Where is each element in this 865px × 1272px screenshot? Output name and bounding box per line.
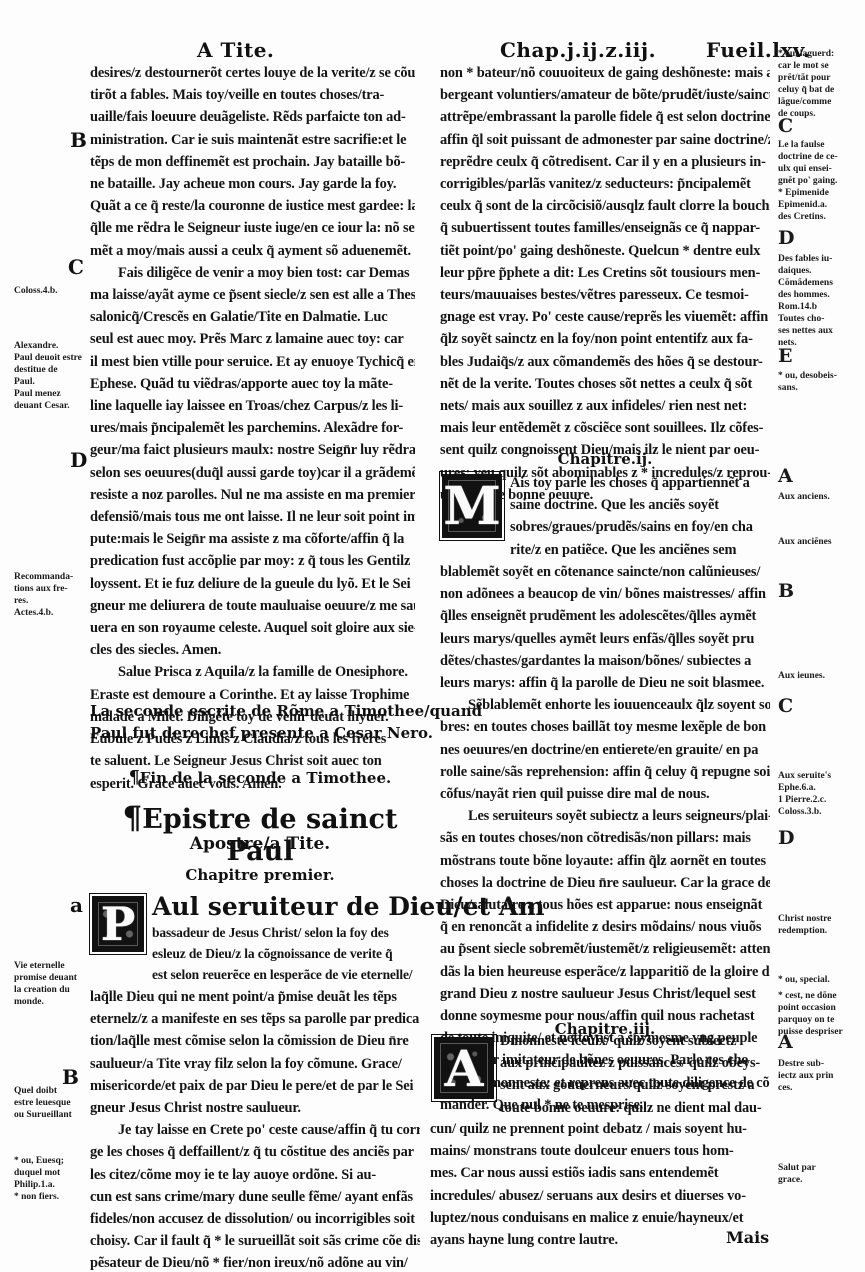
margin-note: promise deuant [14,972,77,985]
margin-note: Aux anciẽnes [778,536,832,549]
text-line: Sẽblablemẽt enhorte les iouuenceaulx q̃l… [440,694,770,716]
text-line: dãs la bien heureuse esperãce/z lapparit… [440,961,770,983]
text-line: leurs marys/quelles aymẽt leurs enfãs/q̃… [440,628,770,650]
text-line: cles des siecles. Amen. [90,639,415,661]
margin-note: prẽt/tãt pour [778,72,831,85]
margin-note: celuy q̃ bat de [778,84,834,97]
margin-note: duquel mot [14,1167,60,1180]
text-line: geur/ma faict plusieurs maulx: nostre Se… [90,439,415,461]
text-line: choses la doctrine de Dieu n̄re saulueur… [440,872,770,894]
margin-note: doctrine de ce- [778,151,838,164]
initial-glyph: A [445,1039,484,1098]
margin-note: * Epimenide [778,187,829,200]
chapter3-body: cun/ quilz ne prennent point debatz / ma… [430,1118,772,1251]
running-title-chapters: Chap.j.ij.z.iij. [500,38,656,62]
text-line: nẽt de la verite. Toutes choses sõt nett… [440,373,770,395]
text-line: ures/mais p̃ncipalemẽt les parchemins. A… [90,417,415,439]
text-line: ceulx q̃ sont de la circõcisiõ/ausqlz fa… [440,195,770,217]
text-line: rolle saine/sãs reprehension: affin q̃ c… [440,761,770,783]
text-line: saulueur/a Tite vray filz selon la foy c… [90,1053,420,1075]
text-line: fideles/non accusez de dissolution/ ou i… [90,1208,420,1230]
text-line: q̃ subuertissent toutes familles/enseign… [440,217,770,239]
text-line: uaille/fais loeuure deuãgeliste. Rẽds pa… [90,106,415,128]
margin-note: ulx qui ensei- [778,163,832,176]
text-line: salonicq̃/Crescẽs en Galatie/Tite en Dal… [90,306,415,328]
margin-note: Paul menez [14,388,61,401]
margin-note: la creation du [14,984,70,997]
text-line: Ais toy parle les choses q̃ appartiennẽt… [510,472,772,494]
margin-section-letter: C [778,700,793,713]
section-marker-d: D [70,448,87,472]
text-line: bergeant voluntiers/amateur de bõte/prud… [440,84,770,106]
margin-note: * ou, special. [778,974,830,987]
margin-note: Le la faulse [778,139,824,152]
running-title-left: A Tite. [197,38,274,62]
text-line: reprẽdre ceulx q̃ cõtredisent. Car il y … [440,151,770,173]
margin-note: * cest, ne dõne [778,990,837,1003]
text-line: luptez/nous conduisans en malice z enuie… [430,1207,772,1229]
margin-note: Alexandre. [14,340,58,353]
chapter-heading-1: Chapitre premier. [90,866,430,884]
text-line: sobres/graues/prudẽs/sains en foy/en cha [510,516,772,538]
text-line: selon ses oeuures(duq̃l aussi garde toy)… [90,462,415,484]
text-line: il mest bien vtille pour seruice. Et ay … [90,351,415,373]
margin-note: Philip.1.a. [14,1179,55,1192]
colophon-line: Paul fut derechef presente a Cesar Nero. [90,722,430,744]
text-line: rite/z en patiẽce. Que les anciẽnes sem [510,539,772,561]
margin-note: deuant Cesar. [14,400,70,413]
text-line: ne bataille. Jay acheue mon cours. Jay g… [90,173,415,195]
text-line: gneur Jesus Christ nostre saulueur. [90,1097,420,1119]
text-line: mains/ monstrans toute doulceur enuers t… [430,1140,772,1162]
text-line: eternelz/z a manifeste en ses tẽps sa pa… [90,1008,420,1030]
book-page: A Tite. Chap.j.ij.z.iij. Fueil.lxv. desi… [0,0,865,1272]
margin-note: * ou, laguerd: [778,48,834,61]
margin-note: Cõmãdemens [778,277,833,290]
text-line: bles Judaiq̃s/z aux cõmandemẽs des hões … [440,351,770,373]
text-line: incredules/ abusez/ seruans aux desirs e… [430,1185,772,1207]
margin-note: iectz aux prin [778,1070,833,1083]
section-marker-a-ch1: a [70,893,83,917]
margin-note: Paul deuoit estre [14,352,82,365]
margin-note: Rom.14.b [778,301,817,314]
margin-note: Christ nostre [778,913,831,926]
text-line: uera en son royaume celeste. Auquel soit… [90,617,415,639]
explicit-text: Fin de la seconde a Timothee. [140,769,391,787]
text-line: Fais diligẽce de venir a moy bien tost: … [90,262,415,284]
margin-note: Coloss.3.b. [778,806,822,819]
text-line: dẽtes/chastes/gardantes la maison/bõnes/… [440,650,770,672]
text-line: desires/z destournerõt certes louye de l… [90,62,415,84]
margin-section-letter: A [778,1036,793,1049]
text-line: non * bateur/nõ couuoiteux de gaing desh… [440,62,770,84]
margin-note: Ephe.6.a. [778,782,816,795]
text-line: q̃lle me rẽdra le Seigneur iuste iuge/en… [90,217,415,239]
text-line: pẽsateur de Dieu/nõ * fier/non ireux/nõ … [90,1252,420,1272]
margin-note: Aux anciens. [778,491,830,504]
margin-note: grace. [778,1174,803,1187]
margin-note: 1 Pierre.2.c. [778,794,826,807]
text-line: tiẽt point/po' gaing deshõneste. Quelcun… [440,240,770,262]
text-line: laq̃lle Dieu qui ne ment point/a p̃mise … [90,986,420,1008]
text-line: cõfus/nayãt rien quil puisse dire mal de… [440,783,770,805]
lines-beside-initial-p: bassadeur de Jesus Christ/ selon la foy … [152,922,420,985]
lines-beside-initial-a: Dmonneste iceulx/ quilz soyent subiectz … [500,1030,772,1119]
margin-note: des Cretins. [778,211,826,224]
text-line: les citez/cõme moy ie te lay auoye ordõn… [90,1164,420,1186]
margin-note: Epimenid.a. [778,199,827,212]
section-marker-b-ch1: B [62,1065,79,1089]
margin-note: des hommes. [778,289,830,302]
text-line: bassadeur de Jesus Christ/ selon la foy … [152,922,420,943]
text-line: tion/laq̃lle mest cõmise selon la cõmiss… [90,1030,420,1052]
margin-note: daiques. [778,265,812,278]
text-line: esleuz de Dieu/z la cõgnoissance de veri… [152,943,420,964]
text-line: gneur me deliurera de toute mauluaise oe… [90,595,415,617]
margin-note: Recommanda- [14,571,73,584]
text-line: q̃ en renoncãt a infidelite z desirs mõd… [440,916,770,938]
text-line: bres: en toutes choses baillãt toy mesme… [440,716,770,738]
text-line: Dieu/salutaire a tous hões est apparue: … [440,894,770,916]
margin-note: destitue de [14,364,58,377]
margin-note: Destre sub- [778,1058,824,1071]
chapter-heading-2: Chapitre.ij. [440,450,770,468]
lines-beside-initial-m: Ais toy parle les choses q̃ appartiennẽt… [510,472,772,561]
text-line: ma laisse/ayãt ayme ce p̃sent siecle/z s… [90,284,415,306]
text-line: line laquelle iay laissee en Troas/chez … [90,395,415,417]
text-line: cun/ quilz ne prennent point debatz / ma… [430,1118,772,1140]
margin-section-letter: D [778,232,794,245]
decorated-initial-p: P [92,896,144,952]
text-line: gnage est vray. Po' ceste cause/reprẽs l… [440,306,770,328]
margin-section-letter: E [778,350,792,363]
margin-note: ses nettes aux [778,325,833,338]
text-line: Les seruiteurs soyẽt subiectz a leurs se… [440,805,770,827]
text-line: leur pp̃re p̃phete a dit: Les Cretins sõ… [440,262,770,284]
text-line: est selon reuerẽce en lesperãce de vie e… [152,964,420,985]
margin-note: monde. [14,996,44,1009]
margin-note: ou Surueillant [14,1109,72,1122]
text-line: cun est sans crime/mary dune seulle fẽme… [90,1186,420,1208]
margin-note: res. [14,595,28,608]
text-line: predication fust accõplie par moy: z q̃ … [90,550,415,572]
text-line: saine doctrine. Que les anciẽs soyẽt [510,494,772,516]
text-line: ministration. Car ie suis maintenãt estr… [90,129,415,151]
text-line: mais leur entẽdemẽt z cõsciẽce sont soui… [440,417,770,439]
text-line: pute:mais le Seign̄r ma assiste z ma cõf… [90,528,415,550]
text-line: tẽps de mon deffinemẽt est prochain. Jay… [90,151,415,173]
text-line: mõstrans toute bõne loyaute: affin q̃lz … [440,850,770,872]
margin-note: sans. [778,382,798,395]
text-line: nets/ mais aux souillez z aux infideles/… [440,395,770,417]
margin-note: gnẽt po' gaing. [778,175,837,188]
text-line: blablemẽt soyẽt en cõtenance saincte/non… [440,561,770,583]
text-line: sãs en toutes choses/non cõtredisãs/non … [440,827,770,849]
margin-section-letter: A [778,470,793,483]
text-line: affin q̃l soit puissant de admonester pa… [440,129,770,151]
text-line: q̃lz soyẽt sainctz en la foy/non point e… [440,328,770,350]
text-line: non adõnees a beaucop de vin/ bõnes mais… [440,583,770,605]
text-line: attrẽpe/embrassant la parolle fidele q̃ … [440,106,770,128]
decorated-initial-a: A [434,1037,494,1099]
text-line: grand Dieu z nostre saulueur Jesus Chris… [440,983,770,1005]
right-column: non * bateur/nõ couuoiteux de gaing desh… [440,62,770,506]
margin-section-letter: D [778,832,794,845]
text-line: ge les choses q̃ deffaillent/z q̃ tu cõs… [90,1141,420,1163]
text-line: loyssent. Et ie fuz deliure de la gueule… [90,573,415,595]
text-line: choisy. Car il fault q̃ * le surueillãt … [90,1230,420,1252]
margin-note: Toutes cho- [778,313,824,326]
margin-note: * ou, desobeis- [778,370,837,383]
text-line: misericorde/et paix de par Dieu le pere/… [90,1075,420,1097]
margin-note: Aux seruite's [778,770,831,783]
margin-note: Aux ieunes. [778,670,825,683]
margin-note: Actes.4.b. [14,607,53,620]
margin-section-letter: C [778,120,793,133]
decorated-initial-m: M [442,474,502,538]
colophon: La seconde escrite de Rõme a Timothee/qu… [90,700,430,744]
margin-note: car le mot se [778,60,829,73]
text-line: aux principaultez z puissances/ quilz ob… [500,1052,772,1074]
margin-note: Vie eternelle [14,960,65,973]
book-subtitle: Apostre/a Tite. [90,834,430,854]
margin-note: Salut par [778,1162,816,1175]
margin-note: redemption. [778,925,827,938]
left-para-1: desires/z destournerõt certes louye de l… [90,62,415,262]
pilcrow-icon: ¶ [123,800,143,836]
margin-note: tions aux fre- [14,583,68,596]
pilcrow-icon: ¶ [129,768,140,788]
text-line: teurs/mauuaises bestes/vẽtres paresseux.… [440,284,770,306]
text-line: Je tay laisse en Crete po' ceste cause/a… [90,1119,420,1141]
initial-glyph: M [443,476,501,537]
text-line: mes. Car nous aussi estiõs iadis sans en… [430,1162,772,1184]
margin-note: point occasion [778,1002,836,1015]
left-column: desires/z destournerõt certes louye de l… [90,62,415,795]
initial-glyph: P [101,897,136,951]
text-line: q̃lles enseignẽt prudẽment les adolescẽt… [440,605,770,627]
text-line: toute bonne oeuure: quilz ne dient mal d… [500,1097,772,1119]
text-line: ayans hayne lung contre lautre. [430,1229,772,1251]
catchword: Mais [726,1228,769,1247]
margin-note: Quel doibt [14,1085,57,1098]
text-line: defensiõ/mais tous me ont laisse. Il ne … [90,506,415,528]
margin-note: lãgue/comme [778,96,831,109]
text-line: Dmonneste iceulx/ quilz soyent subiectz [500,1030,772,1052]
margin-note: * non fiers. [14,1191,59,1204]
margin-note: ces. [778,1082,793,1095]
text-line: au p̃sent siecle sobremẽt/iustemẽt/z rel… [440,938,770,960]
margin-note: Coloss.4.b. [14,285,58,298]
text-line: nes oeuures/en doctrine/en entierete/en … [440,739,770,761]
left-para-2: Fais diligẽce de venir a moy bien tost: … [90,262,415,662]
explicit-line: ¶Fin de la seconde a Timothee. [90,768,430,788]
text-line: tirõt a fables. Mais toy/veille en toute… [90,84,415,106]
section-marker-b: B [70,128,87,152]
text-line: Salue Prisca z Aquila/z la famille de On… [90,661,415,683]
text-line: seul est auec moy. Prẽs Marc z lamaine a… [90,328,415,350]
text-line: sent aux gouuerneurs/quilz soyent prestz… [500,1074,772,1096]
colophon-line: La seconde escrite de Rõme a Timothee/qu… [90,700,430,722]
text-line: Quãt a ce q̃ reste/la couronne de iustic… [90,195,415,217]
text-line: Ephese. Quãd tu viẽdras/apporte auec toy… [90,373,415,395]
margin-section-letter: B [778,585,794,598]
section-marker-c: C [68,255,84,279]
text-line: leurs marys: affin q̃ la parolle de Dieu… [440,672,770,694]
margin-note: * ou, Euesq; [14,1155,64,1168]
text-line: resiste a noz parolles. Nul ne ma assist… [90,484,415,506]
text-line: mẽt a moy/mais aussi a ceulx q̃ ayment s… [90,240,415,262]
text-line: corrigibles/parlãs vanitez/z seducteurs:… [440,173,770,195]
margin-note: Paul. [14,376,35,389]
chapter1-body: laq̃lle Dieu qui ne ment point/a p̃mise … [90,986,420,1272]
margin-note: Des fables iu- [778,253,832,266]
margin-note: estre leuesque [14,1097,71,1110]
margin-note: parquoy on te [778,1014,834,1027]
